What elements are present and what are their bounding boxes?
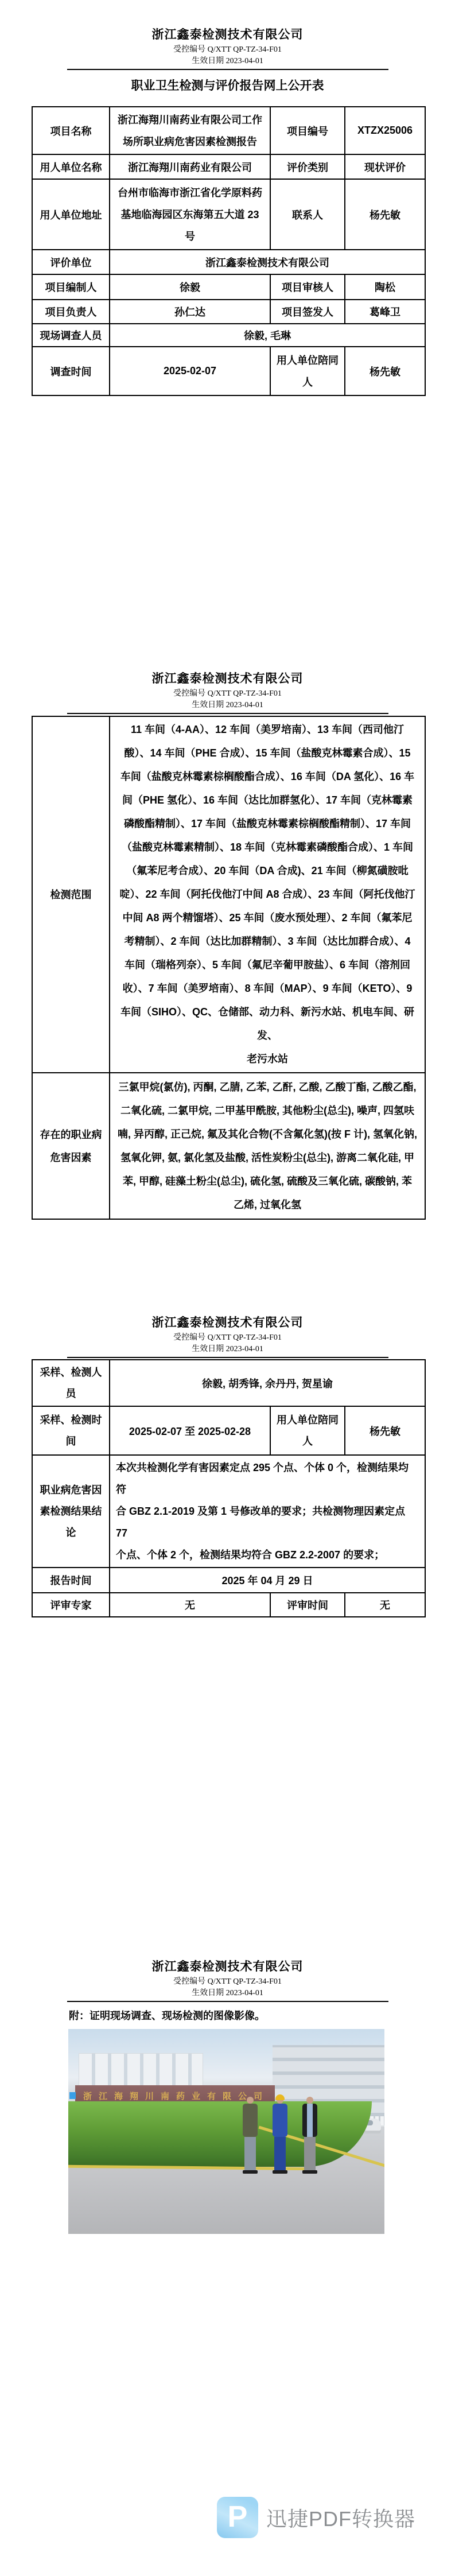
- table-row: 调查时间 2025-02-07 用人单位陪同 人 杨先敏: [32, 347, 425, 395]
- project-info-table: 项目名称 浙江海翔川南药业有限公司工作 场所职业病危害因素检测报告 项目编号 X…: [32, 106, 426, 396]
- effective-date: 生效日期 2023-04-01: [0, 56, 455, 67]
- evaluation-type-value: 现状评价: [345, 154, 425, 179]
- employer-name-label: 用人单位名称: [32, 154, 110, 179]
- employer-escort-label: 用人单位陪同 人: [270, 1406, 345, 1455]
- reviewer-label: 项目审核人: [270, 274, 345, 300]
- company-name: 浙江鑫泰检测技术有限公司: [0, 670, 455, 688]
- report-date-value: 2025 年 04 月 29 日: [110, 1568, 425, 1593]
- reviewer-value: 陶松: [345, 274, 425, 300]
- table-row: 项目编制人 徐毅 项目审核人 陶松: [32, 274, 425, 300]
- header-rule: [67, 1357, 388, 1358]
- report-date-label: 报告时间: [32, 1568, 110, 1593]
- employer-escort-value: 杨先敏: [345, 347, 425, 395]
- project-lead-value: 孙仁达: [110, 300, 270, 324]
- document-title: 职业卫生检测与评价报告网上公开表: [0, 78, 455, 94]
- compiler-value: 徐毅: [110, 274, 270, 300]
- person-black-lightblue-jacket: [300, 2097, 320, 2176]
- site-investigators-label: 现场调查人员: [32, 324, 110, 347]
- person-legs: [304, 2137, 316, 2171]
- sampling-time-label: 采样、检测时 间: [32, 1406, 110, 1455]
- attachment-caption: 附：证明现场调查、现场检测的图像影像。: [69, 2008, 265, 2023]
- page4-header: 浙江鑫泰检测技术有限公司 受控编号 Q/XTT QP-TZ-34-F01 生效日…: [0, 1958, 455, 2002]
- person-feet: [273, 2170, 287, 2174]
- project-name-value: 浙江海翔川南药业有限公司工作 场所职业病危害因素检测报告: [110, 107, 270, 154]
- company-name: 浙江鑫泰检测技术有限公司: [0, 26, 455, 44]
- person-head: [247, 2097, 254, 2104]
- hazard-factors-value: 三氯甲烷(氯仿), 丙酮, 乙腈, 乙苯, 乙酐, 乙酸, 乙酸丁酯, 乙酸乙酯…: [110, 1073, 425, 1219]
- header-rule: [67, 713, 388, 714]
- table-row: 评审专家 无 评审时间 无: [32, 1593, 425, 1617]
- pdf-converter-watermark-text: 迅捷PDF转换器: [266, 2503, 415, 2532]
- detection-conclusion-value: 本次共检测化学有害因素定点 295 个点、个体 0 个，检测结果均符 合 GBZ…: [110, 1455, 425, 1568]
- header-rule: [67, 2001, 388, 2002]
- person-torso: [273, 2104, 287, 2137]
- detection-scope-table: 检测范围 11 车间（4-AA）、12 车间（美罗培南）、13 车间（西司他汀 …: [32, 716, 426, 1220]
- table-row: 存在的职业病 危害因素 三氯甲烷(氯仿), 丙酮, 乙腈, 乙苯, 乙酐, 乙酸…: [32, 1073, 425, 1219]
- table-row: 用人单位地址 台州市临海市浙江省化学原料药 基地临海园区东海第五大道 23 号 …: [32, 179, 425, 250]
- project-lead-label: 项目负责人: [32, 300, 110, 324]
- compiler-label: 项目编制人: [32, 274, 110, 300]
- green-hedge: [68, 2101, 372, 2167]
- detection-scope-value: 11 车间（4-AA）、12 车间（美罗培南）、13 车间（西司他汀 酸）、14…: [110, 716, 425, 1073]
- person-olive-jacket: [240, 2097, 260, 2176]
- review-time-value: 无: [345, 1593, 425, 1617]
- contact-value: 杨先敏: [345, 179, 425, 250]
- review-experts-label: 评审专家: [32, 1593, 110, 1617]
- samplers-value: 徐毅, 胡秀锋, 余丹丹, 贺星谕: [110, 1360, 425, 1406]
- table-row: 用人单位名称 浙江海翔川南药业有限公司 评价类别 现状评价: [32, 154, 425, 179]
- effective-date: 生效日期 2023-04-01: [0, 1988, 455, 1999]
- page2-header: 浙江鑫泰检测技术有限公司 受控编号 Q/XTT QP-TZ-34-F01 生效日…: [0, 670, 455, 714]
- detection-conclusion-label: 职业病危害因 素检测结果结 论: [32, 1455, 110, 1568]
- control-number: 受控编号 Q/XTT QP-TZ-34-F01: [0, 688, 455, 700]
- employer-name-value: 浙江海翔川南药业有限公司: [110, 154, 270, 179]
- issuer-value: 葛峰卫: [345, 300, 425, 324]
- header-rule: [67, 69, 388, 70]
- project-number-label: 项目编号: [270, 107, 345, 154]
- issuer-label: 项目签发人: [270, 300, 345, 324]
- person-feet: [302, 2170, 317, 2174]
- employer-escort-label: 用人单位陪同 人: [270, 347, 345, 395]
- effective-date: 生效日期 2023-04-01: [0, 700, 455, 711]
- evaluation-org-value: 浙江鑫泰检测技术有限公司: [110, 250, 425, 274]
- control-number: 受控编号 Q/XTT QP-TZ-34-F01: [0, 1976, 455, 1988]
- person-torso: [302, 2104, 317, 2137]
- review-time-label: 评审时间: [270, 1593, 345, 1617]
- table-row: 职业病危害因 素检测结果结 论 本次共检测化学有害因素定点 295 个点、个体 …: [32, 1455, 425, 1568]
- company-name: 浙江鑫泰检测技术有限公司: [0, 1958, 455, 1976]
- evaluation-type-label: 评价类别: [270, 154, 345, 179]
- review-experts-value: 无: [110, 1593, 270, 1617]
- employer-escort-value: 杨先敏: [345, 1406, 425, 1455]
- company-name: 浙江鑫泰检测技术有限公司: [0, 1314, 455, 1332]
- table-row: 检测范围 11 车间（4-AA）、12 车间（美罗培南）、13 车间（西司他汀 …: [32, 716, 425, 1073]
- sampling-time-value: 2025-02-07 至 2025-02-28: [110, 1406, 270, 1455]
- page3-header: 浙江鑫泰检测技术有限公司 受控编号 Q/XTT QP-TZ-34-F01 生效日…: [0, 1314, 455, 1358]
- employer-address-label: 用人单位地址: [32, 179, 110, 250]
- table-row: 报告时间 2025 年 04 月 29 日: [32, 1568, 425, 1593]
- person-head: [306, 2097, 313, 2104]
- project-name-label: 项目名称: [32, 107, 110, 154]
- yellow-hard-hat: [275, 2094, 285, 2100]
- employer-address-value: 台州市临海市浙江省化学原料药 基地临海园区东海第五大道 23 号: [110, 179, 270, 250]
- person-legs: [274, 2137, 286, 2171]
- table-row: 评价单位 浙江鑫泰检测技术有限公司: [32, 250, 425, 274]
- public-disclosure-document: { "header": { "company": "浙江鑫泰检测技术有限公司",…: [0, 0, 455, 2576]
- table-row: 采样、检测时 间 2025-02-07 至 2025-02-28 用人单位陪同 …: [32, 1406, 425, 1455]
- contact-label: 联系人: [270, 179, 345, 250]
- blue-artifact-square: [69, 2092, 76, 2099]
- investigation-date-label: 调查时间: [32, 347, 110, 395]
- table-row: 项目名称 浙江海翔川南药业有限公司工作 场所职业病危害因素检测报告 项目编号 X…: [32, 107, 425, 154]
- person-legs: [244, 2137, 256, 2171]
- evaluation-org-label: 评价单位: [32, 250, 110, 274]
- table-row: 项目负责人 孙仁达 项目签发人 葛峰卫: [32, 300, 425, 324]
- hazard-factors-label: 存在的职业病 危害因素: [32, 1073, 110, 1219]
- project-number-value: XTZX25006: [345, 107, 425, 154]
- table-row: 采样、检测人 员 徐毅, 胡秀锋, 余丹丹, 贺星谕: [32, 1360, 425, 1406]
- site-investigation-photo: 浙江海翔川南药业有限公司: [68, 2029, 384, 2234]
- person-feet: [243, 2170, 258, 2174]
- table-row: 现场调查人员 徐毅, 毛琳: [32, 324, 425, 347]
- site-investigators-value: 徐毅, 毛琳: [110, 324, 425, 347]
- pdf-converter-watermark: P 迅捷PDF转换器: [217, 2497, 415, 2538]
- effective-date: 生效日期 2023-04-01: [0, 1344, 455, 1355]
- investigation-date-value: 2025-02-07: [110, 347, 270, 395]
- samplers-label: 采样、检测人 员: [32, 1360, 110, 1406]
- person-torso: [243, 2104, 258, 2137]
- control-number: 受控编号 Q/XTT QP-TZ-34-F01: [0, 1332, 455, 1344]
- person-blue-workwear: [270, 2097, 290, 2176]
- sampling-results-table: 采样、检测人 员 徐毅, 胡秀锋, 余丹丹, 贺星谕 采样、检测时 间 2025…: [32, 1359, 426, 1617]
- detection-scope-label: 检测范围: [32, 716, 110, 1073]
- page1-header: 浙江鑫泰检测技术有限公司 受控编号 Q/XTT QP-TZ-34-F01 生效日…: [0, 26, 455, 70]
- control-number: 受控编号 Q/XTT QP-TZ-34-F01: [0, 44, 455, 56]
- pdf-converter-logo-icon: P: [217, 2497, 258, 2538]
